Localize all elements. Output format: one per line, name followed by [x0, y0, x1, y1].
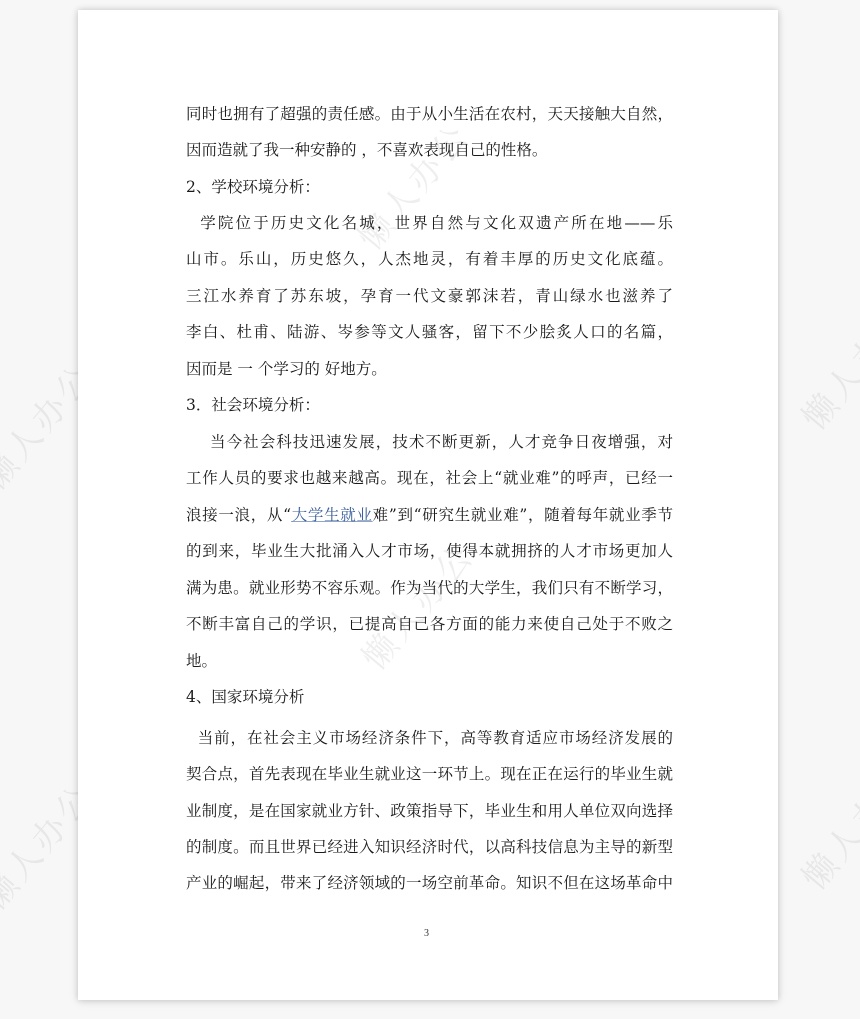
section-heading-nation: 4、国家环境分析	[186, 685, 673, 709]
document-viewer: 懒人办公 懒人办公 懒人办公 懒人办公 懒人办公 懒人办公 同时也拥有了超强的责…	[0, 0, 860, 1019]
section-heading-school: 2、学校环境分析：	[186, 175, 673, 199]
text-line: 三江水养育了苏东坡，孕育一代文豪郭沫若，青山绿水也滋养了	[186, 284, 673, 308]
text-line: 李白、杜甫、陆游、岑参等文人骚客，留下不少脍炙人口的名篇，	[186, 320, 673, 344]
text-line: 学院位于历史文化名城，世界自然与文化双遗产所在地——乐	[186, 211, 673, 235]
text-line: 山市。乐山，历史悠久，人杰地灵，有着丰厚的历史文化底蕴。	[186, 247, 673, 271]
text-line: 契合点，首先表现在毕业生就业这一环节上。现在正在运行的毕业生就	[186, 762, 673, 786]
watermark: 懒人办公	[788, 291, 860, 439]
text-line: 工作人员的要求也越来越高。现在，社会上“就业难”的呼声，已经一	[186, 466, 673, 490]
text-line: 的到来，毕业生大批涌入人才市场，使得本就拥挤的人才市场更加人	[186, 539, 673, 563]
text-line: 因而是 一 个学习的 好地方。	[186, 357, 673, 381]
link-college-employment[interactable]: 大学生就业	[291, 506, 373, 524]
text-line: 不断丰富自己的学识，已提高自己各方面的能力来使自己处于不败之	[186, 612, 673, 636]
text-line: 同时也拥有了超强的责任感。由于从小生活在农村，天天接触大自然，	[186, 102, 673, 126]
text-segment: 浪接一浪，从“	[186, 506, 291, 524]
text-line: 业制度，是在国家就业方针、政策指导下，毕业生和用人单位双向选择	[186, 799, 673, 823]
text-line: 地。	[186, 649, 673, 673]
text-segment: 难”到“研究生就业难”，随着每年就业季节	[373, 506, 673, 524]
text-line: 当前，在社会主义市场经济条件下，高等教育适应市场经济发展的	[186, 726, 673, 750]
text-line: 因而造就了我一种安静的 ，不喜欢表现自己的性格。	[186, 138, 673, 162]
watermark: 懒人办公	[788, 751, 860, 899]
section-heading-society: 3．社会环境分析：	[186, 393, 673, 417]
page-number: 3	[424, 928, 429, 939]
document-page: 懒人办公 懒人办公 同时也拥有了超强的责任感。由于从小生活在农村，天天接触大自然…	[78, 10, 778, 1000]
text-line: 的制度。而且世界已经进入知识经济时代，以高科技信息为主导的新型	[186, 835, 673, 859]
text-line: 产业的崛起，带来了经济领域的一场空前革命。知识不但在这场革命中	[186, 871, 673, 895]
text-line: 当今社会科技迅速发展，技术不断更新，人才竞争日夜增强，对	[186, 430, 673, 454]
text-line: 满为患。就业形势不容乐观。作为当代的大学生，我们只有不断学习，	[186, 576, 673, 600]
text-line-with-link: 浪接一浪，从“大学生就业难”到“研究生就业难”，随着每年就业季节	[186, 503, 673, 527]
